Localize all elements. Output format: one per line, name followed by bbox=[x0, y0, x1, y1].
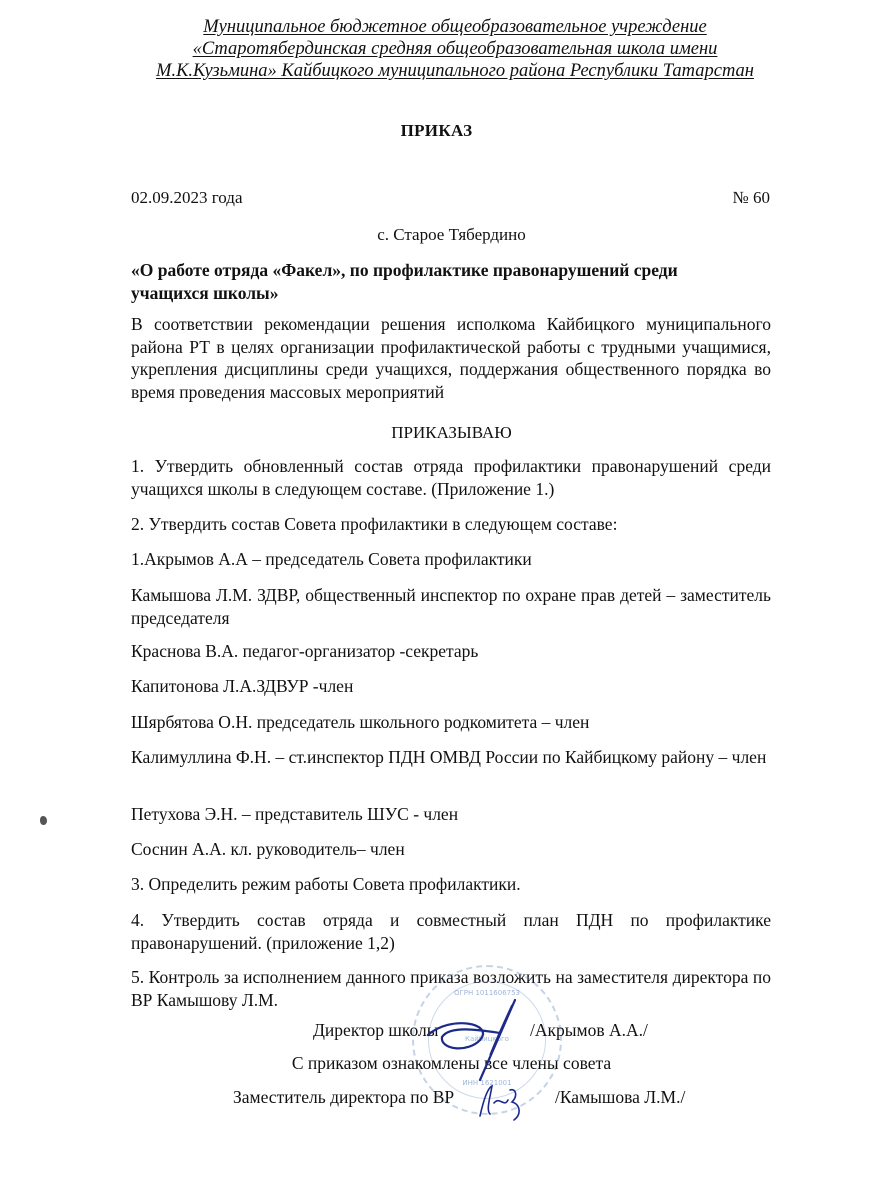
document-number: № 60 bbox=[733, 188, 770, 208]
document-place: с. Старое Тябердино bbox=[0, 225, 873, 245]
scan-speck bbox=[40, 816, 47, 825]
header-line-3: М.К.Кузьмина» Кайбицкого муниципального … bbox=[130, 60, 780, 82]
order-item-3: 3. Определить режим работы Совета профил… bbox=[131, 873, 771, 896]
deputy-label: Заместитель директора по ВР bbox=[233, 1087, 454, 1108]
order-item-1: 1. Утвердить обновленный состав отряда п… bbox=[131, 455, 771, 500]
document-subject: «О работе отряда «Факел», по профилактик… bbox=[131, 259, 751, 305]
deputy-name: /Камышова Л.М./ bbox=[555, 1087, 685, 1108]
stamp-inn: ИНН 1621001 bbox=[414, 1079, 560, 1087]
acknowledgement-line: С приказом ознакомлены все члены совета bbox=[0, 1053, 873, 1074]
institution-header: Муниципальное бюджетное общеобразователь… bbox=[130, 16, 780, 82]
preamble-paragraph: В соответствии рекомендации решения испо… bbox=[131, 313, 771, 403]
director-name: /Акрымов А.А./ bbox=[530, 1020, 648, 1041]
council-member-3: Краснова В.А. педагог-организатор -секре… bbox=[131, 640, 771, 663]
deputy-signature-icon bbox=[470, 1078, 540, 1123]
council-member-6: Калимуллина Ф.Н. – ст.инспектор ПДН ОМВД… bbox=[131, 746, 771, 769]
document-page: Муниципальное бюджетное общеобразователь… bbox=[0, 0, 873, 1200]
council-member-5: Шярбятова О.Н. председатель школьного ро… bbox=[131, 711, 771, 734]
director-label: Директор школы bbox=[313, 1020, 438, 1041]
order-word: ПРИКАЗЫВАЮ bbox=[0, 423, 873, 443]
council-member-4: Капитонова Л.А.ЗДВУР -член bbox=[131, 675, 771, 698]
council-member-1: 1.Акрымов А.А – председатель Совета проф… bbox=[131, 548, 771, 571]
council-member-2: Камышова Л.М. ЗДВР, общественный инспект… bbox=[131, 584, 771, 629]
order-item-5: 5. Контроль за исполнением данного прика… bbox=[131, 966, 771, 1011]
header-line-2: «Старотябердинская средняя общеобразоват… bbox=[130, 38, 780, 60]
council-member-8: Соснин А.А. кл. руководитель– член bbox=[131, 838, 771, 861]
order-item-2: 2. Утвердить состав Совета профилактики … bbox=[131, 513, 771, 536]
document-title: ПРИКАЗ bbox=[0, 121, 873, 141]
council-member-7: Петухова Э.Н. – представитель ШУС - член bbox=[131, 803, 771, 826]
document-date: 02.09.2023 года bbox=[131, 188, 243, 208]
order-item-4: 4. Утвердить состав отряда и совместный … bbox=[131, 909, 771, 954]
header-line-1: Муниципальное бюджетное общеобразователь… bbox=[130, 16, 780, 38]
